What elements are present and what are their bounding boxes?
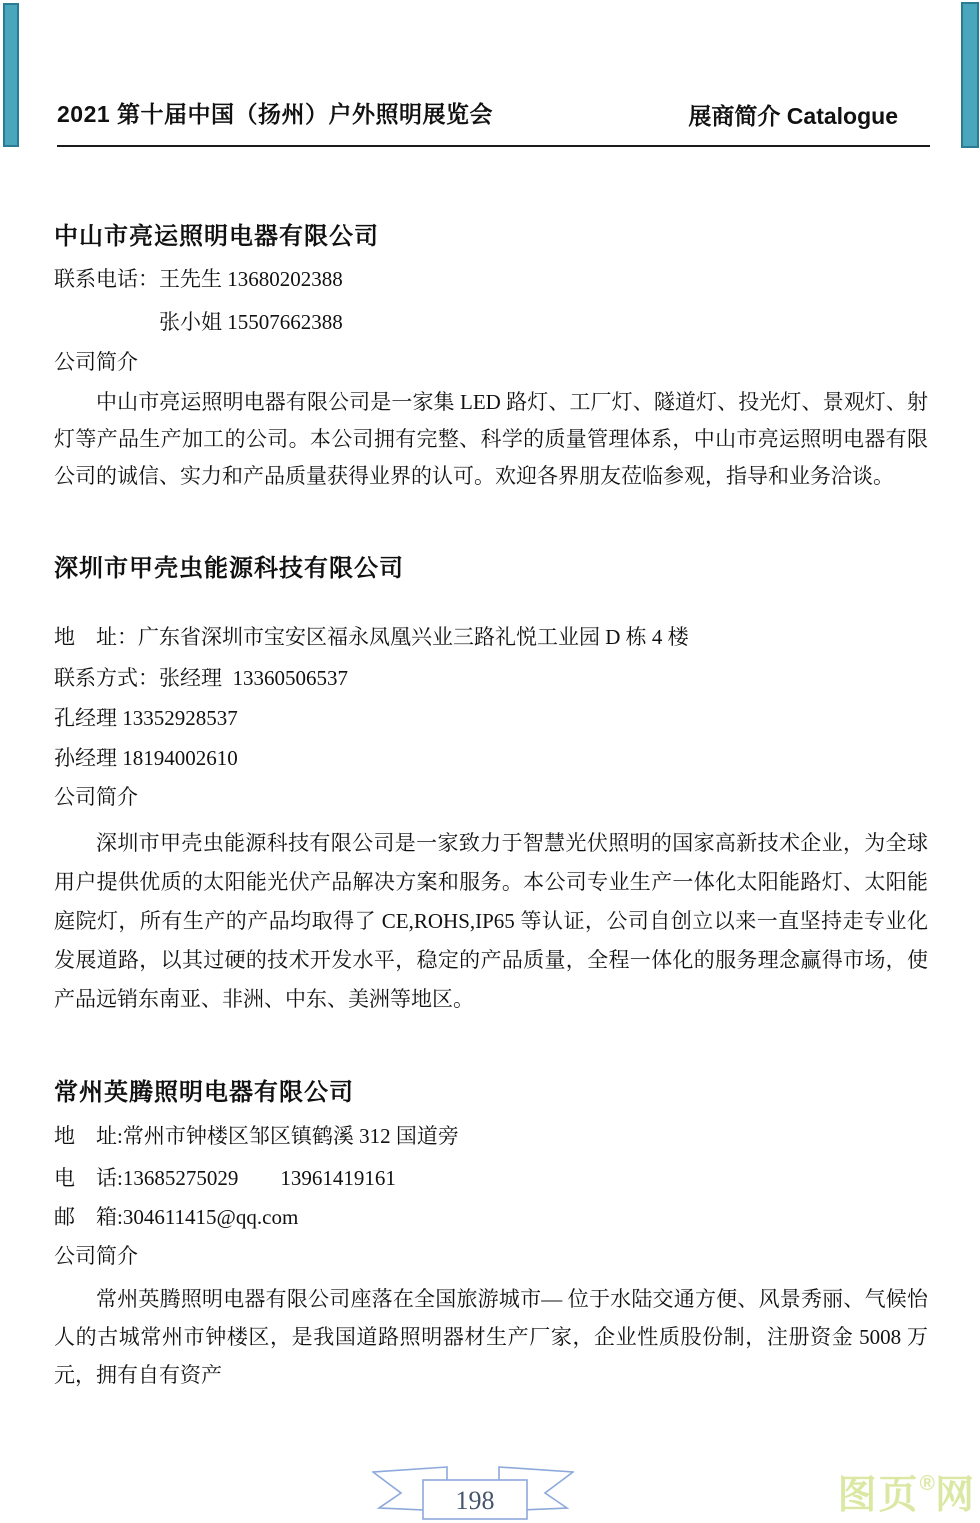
contact-line: 联系方式：张经理 13360506537	[54, 662, 928, 692]
contact-line: 孙经理 18194002610	[54, 742, 928, 772]
phone-line: 电 话:13685275029 13961419161	[54, 1162, 928, 1192]
contact-line: 孔经理 13352928537	[54, 702, 928, 732]
address-line: 地 址:常州市钟楼区邹区镇鹤溪 312 国道旁	[54, 1120, 928, 1150]
intro-label: 公司简介	[54, 781, 928, 811]
address-line: 地 址：广东省深圳市宝安区福永凤凰兴业三路礼悦工业园 D 栋 4 楼	[54, 621, 928, 651]
company-name: 常州英腾照明电器有限公司	[54, 1072, 928, 1107]
watermark-logo: 图页®网	[837, 1476, 976, 1515]
company-name: 深圳市甲壳虫能源科技有限公司	[54, 548, 928, 583]
catalogue-page: 2021 第十届中国（扬州）户外照明展览会 展商简介 Catalogue 中山市…	[0, 0, 980, 1523]
ribbon-banner-icon: 198	[372, 1466, 574, 1522]
intro-label: 公司简介	[54, 346, 928, 376]
header-catalogue-label: 展商简介 Catalogue	[688, 98, 898, 131]
email-line: 邮 箱:304611415@qq.com	[54, 1201, 928, 1231]
page-number: 198	[456, 1486, 495, 1515]
contact-line: 张小姐 15507662388	[54, 306, 980, 336]
right-accent-bar	[961, 2, 979, 148]
contact-line: 联系电话：王先生 13680202388	[54, 263, 928, 293]
page-number-ribbon: 198	[372, 1466, 574, 1522]
watermark-text-right: 网	[935, 1474, 976, 1517]
intro-paragraph: 常州英腾照明电器有限公司座落在全国旅游城市— 位于水陆交通方便、风景秀丽、气候怡…	[54, 1280, 928, 1394]
intro-label: 公司简介	[54, 1240, 928, 1270]
header-divider	[57, 145, 930, 147]
header-title: 2021 第十届中国（扬州）户外照明展览会	[57, 96, 493, 129]
registered-mark-icon: ®	[920, 1472, 935, 1495]
watermark-text-left: 图页	[837, 1474, 919, 1517]
company-name: 中山市亮运照明电器有限公司	[54, 216, 928, 251]
intro-paragraph: 深圳市甲壳虫能源科技有限公司是一家致力于智慧光伏照明的国家高新技术企业，为全球用…	[54, 824, 928, 1019]
intro-paragraph: 中山市亮运照明电器有限公司是一家集 LED 路灯、工厂灯、隧道灯、投光灯、景观灯…	[54, 384, 928, 495]
left-accent-bar	[3, 3, 19, 147]
